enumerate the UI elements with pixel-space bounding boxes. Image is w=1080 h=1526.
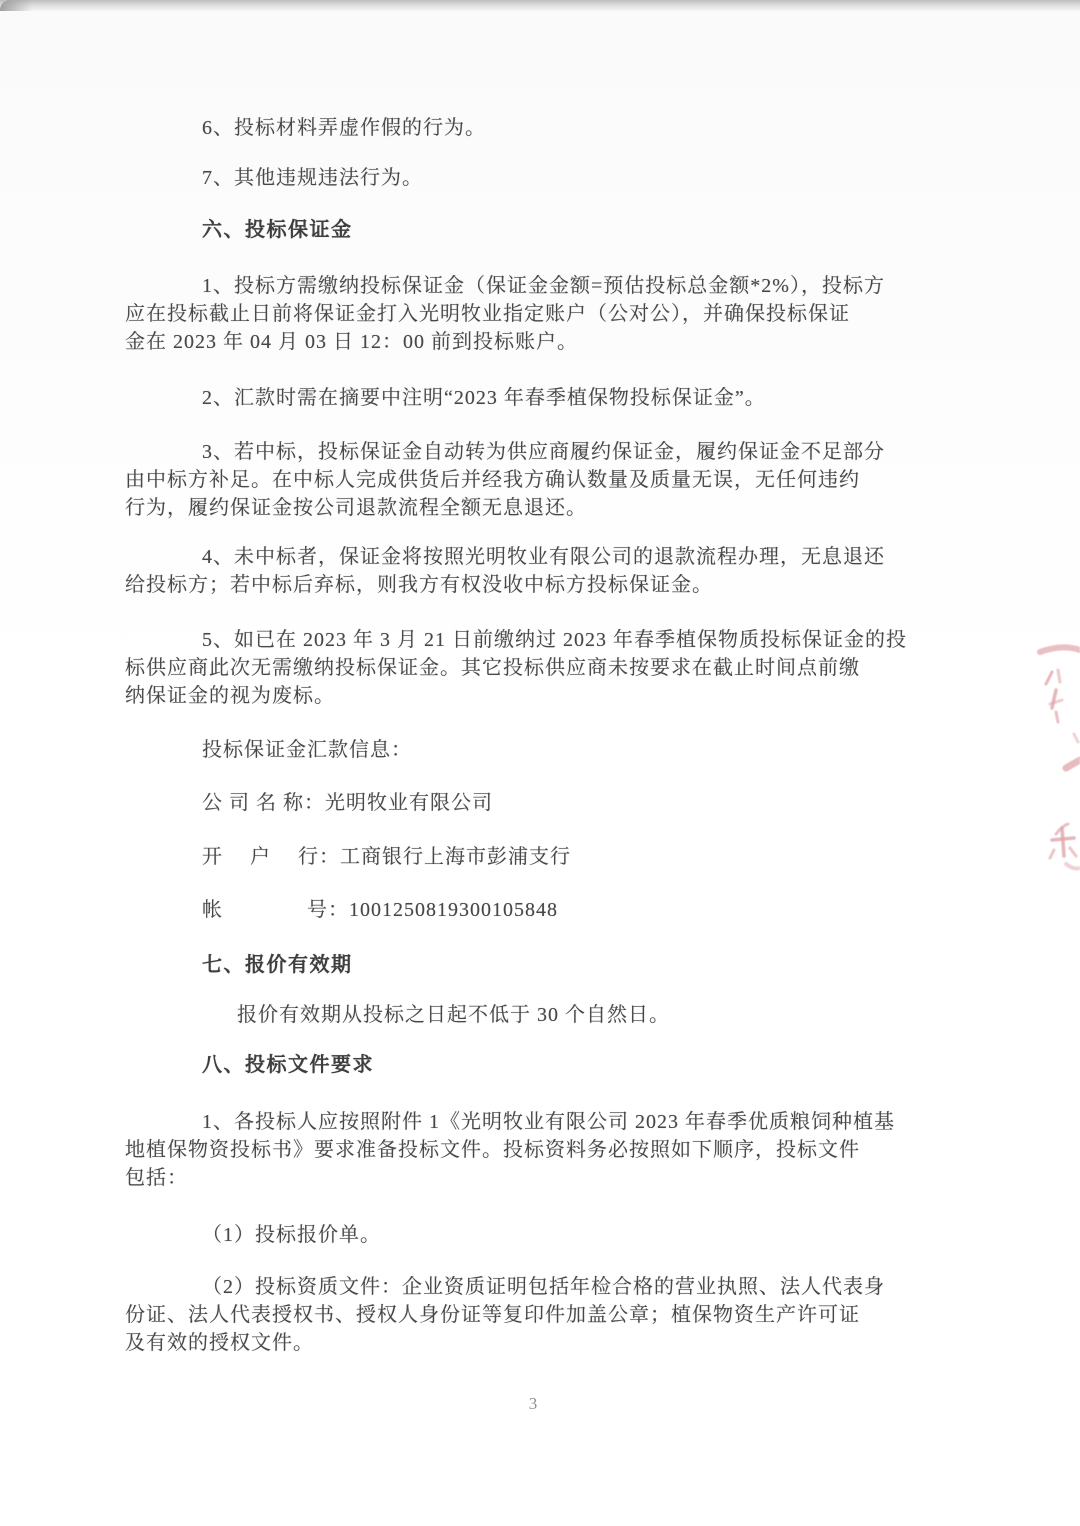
paragraph-bond-3: 3、若中标，投标保证金自动转为供应商履约保证金，履约保证金不足部分 由中标方补足…: [125, 438, 907, 522]
paragraph-line: 应在投标截止日前将保证金打入光明牧业指定账户（公对公），并确保投标保证: [125, 300, 907, 328]
paragraph-line: 份证、法人代表授权书、授权人身份证等复印件加盖公章；植保物资生产许可证: [125, 1301, 907, 1329]
page-number: 3: [0, 1394, 1066, 1414]
paragraph-bond-1: 1、投标方需缴纳投标保证金（保证金金额=预估投标总金额*2%），投标方 应在投标…: [125, 272, 907, 356]
document-content: 6、投标材料弄虚作假的行为。 7、其他违规违法行为。 六、投标保证金 1、投标方…: [0, 0, 907, 1357]
paragraph-line: 5、如已在 2023 年 3 月 21 日前缴纳过 2023 年春季植保物质投标…: [125, 626, 907, 654]
list-item-7: 7、其他违规违法行为。: [125, 164, 907, 192]
paragraph-line: 纳保证金的视为废标。: [125, 682, 907, 710]
paragraph-docs-1: 1、各投标人应按照附件 1《光明牧业有限公司 2023 年春季优质粮饲种植基 地…: [125, 1108, 907, 1192]
paragraph-line: 及有效的授权文件。: [125, 1329, 907, 1357]
paragraph-line: 金在 2023 年 04 月 03 日 12：00 前到投标账户。: [125, 328, 907, 356]
paragraph-bond-2: 2、汇款时需在摘要中注明“2023 年春季植保物投标保证金”。: [125, 384, 907, 412]
paragraph-line: 标供应商此次无需缴纳投标保证金。其它投标供应商未按要求在截止时间点前缴: [125, 654, 907, 682]
paragraph-line: 给投标方；若中标后弃标，则我方有权没收中标方投标保证金。: [125, 571, 907, 599]
red-seal-fragment-icon: [1022, 638, 1080, 878]
docs-item-1: （1）投标报价单。: [125, 1221, 907, 1249]
remittance-bank: 开 户 行：工商银行上海市彭浦支行: [125, 843, 907, 871]
section-heading-8: 八、投标文件要求: [125, 1051, 907, 1079]
paragraph-line: 包括：: [125, 1164, 907, 1192]
paragraph-line: （2）投标资质文件：企业资质证明包括年检合格的营业执照、法人代表身: [125, 1273, 907, 1301]
paragraph-line: 地植保物资投标书》要求准备投标文件。投标资料务必按照如下顺序，投标文件: [125, 1136, 907, 1164]
section-heading-7: 七、报价有效期: [125, 951, 907, 979]
remittance-company-name: 公 司 名 称：光明牧业有限公司: [125, 789, 907, 817]
paragraph-line: 1、各投标人应按照附件 1《光明牧业有限公司 2023 年春季优质粮饲种植基: [125, 1108, 907, 1136]
remittance-account-number: 帐 号：1001250819300105848: [125, 896, 907, 924]
list-item-6: 6、投标材料弄虚作假的行为。: [125, 114, 907, 142]
paragraph-line: 3、若中标，投标保证金自动转为供应商履约保证金，履约保证金不足部分: [125, 438, 907, 466]
docs-item-2: （2）投标资质文件：企业资质证明包括年检合格的营业执照、法人代表身 份证、法人代…: [125, 1273, 907, 1357]
section-heading-6: 六、投标保证金: [125, 216, 907, 244]
paragraph-quote-validity: 报价有效期从投标之日起不低于 30 个自然日。: [125, 1001, 907, 1029]
remittance-info-title: 投标保证金汇款信息：: [125, 736, 907, 764]
paragraph-line: 由中标方补足。在中标人完成供货后并经我方确认数量及质量无误，无任何违约: [125, 466, 907, 494]
paragraph-bond-5: 5、如已在 2023 年 3 月 21 日前缴纳过 2023 年春季植保物质投标…: [125, 626, 907, 710]
paragraph-line: 4、未中标者，保证金将按照光明牧业有限公司的退款流程办理，无息退还: [125, 543, 907, 571]
paragraph-line: 行为，履约保证金按公司退款流程全额无息退还。: [125, 494, 907, 522]
paragraph-bond-4: 4、未中标者，保证金将按照光明牧业有限公司的退款流程办理，无息退还 给投标方；若…: [125, 543, 907, 599]
paragraph-line: 1、投标方需缴纳投标保证金（保证金金额=预估投标总金额*2%），投标方: [125, 272, 907, 300]
